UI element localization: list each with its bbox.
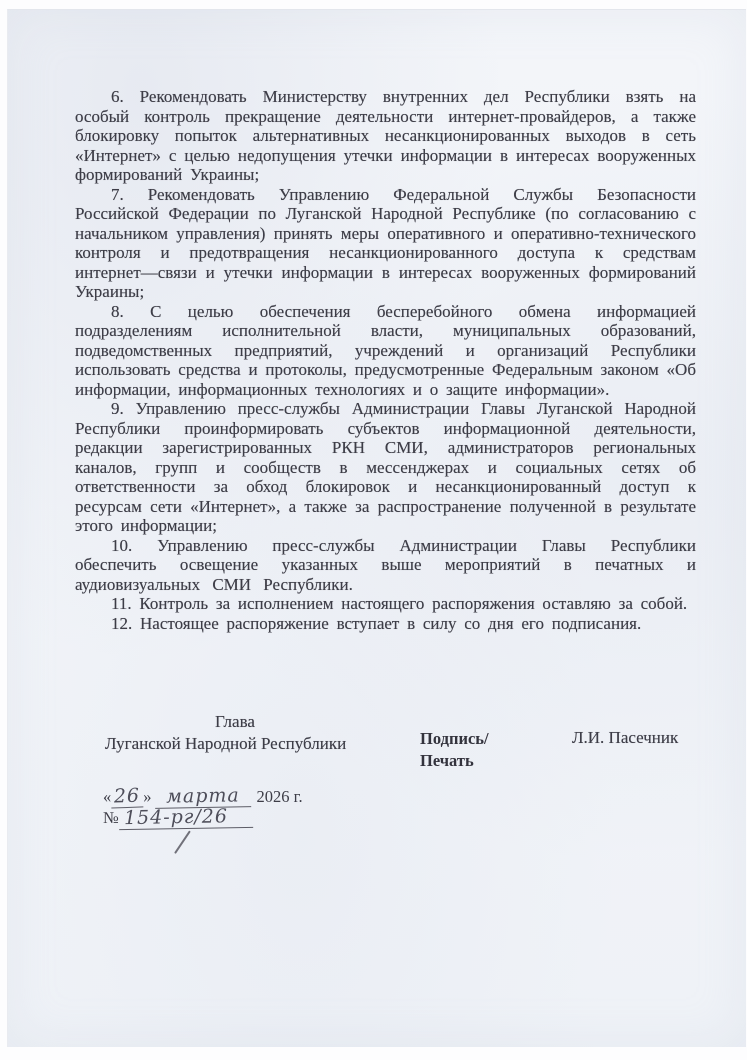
paragraph-12: 12. Настоящее распоряжение вступает в си…: [75, 614, 696, 634]
stamp-label-line2: Печать: [420, 750, 489, 772]
stamp-label-line1: Подпись/: [420, 728, 489, 750]
signature-stamp-label: Подпись/ Печать: [420, 728, 489, 772]
handwritten-day: 26: [111, 785, 144, 808]
date-close-quote: »: [143, 787, 151, 806]
handwritten-number: 154-рг/26: [119, 806, 253, 830]
document-body: 6. Рекомендовать Министерству внутренних…: [75, 87, 696, 633]
number-label: №: [103, 808, 119, 827]
paragraph-8: 8. С целью обеспечения бесперебойного об…: [75, 302, 696, 400]
signer-title-line2: Луганской Народной Республики: [105, 733, 359, 755]
paragraph-6: 6. Рекомендовать Министерству внутренних…: [75, 87, 696, 185]
pen-stroke: [174, 830, 191, 854]
number-line: №154-рг/26: [103, 807, 253, 829]
paragraph-7: 7. Рекомендовать Управлению Федеральной …: [75, 185, 696, 302]
paragraph-11: 11. Контроль за исполнением настоящего р…: [75, 594, 696, 614]
paragraph-10: 10. Управлению пресс-службы Администраци…: [75, 536, 696, 595]
paragraph-9: 9. Управлению пресс-службы Администрации…: [75, 399, 696, 536]
signer-title-block: Глава Луганской Народной Республики: [105, 711, 359, 754]
signer-title-line1: Глава: [105, 711, 359, 733]
document-page: 6. Рекомендовать Министерству внутренних…: [7, 9, 746, 1047]
signer-name: Л.И. Пасечник: [572, 728, 678, 748]
date-year: 2026 г.: [257, 787, 303, 806]
scanned-document: 6. Рекомендовать Министерству внутренних…: [0, 0, 747, 1060]
